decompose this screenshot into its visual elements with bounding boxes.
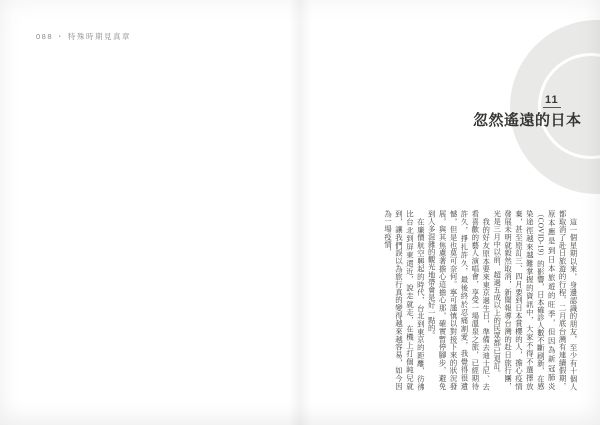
chapter-number: 11 [543,94,561,108]
running-header: 088・特殊時期見真章 [36,31,131,42]
left-page: 088・特殊時期見真章 日本忽然變得遙遠了，才體會到能夠「出發」和「回家」，原來… [0,0,300,425]
running-title: 特殊時期見真章 [68,32,131,41]
paragraph: 在廉價航空興起的時代，台北到東京的距離，彷彿比台北到屏東還近，說走就走，在機上打… [382,210,426,390]
right-page-body-text: 這一個星期以來，身邊認識的朋友，至少有十個人都取消了赴日旅遊的行程，二月底台灣有… [386,210,578,390]
chapter-title: 忽然遙遠的日本 [473,109,582,130]
paragraph: 這一個星期以來，身邊認識的朋友，至少有十個人都取消了赴日旅遊的行程，二月底台灣有… [491,210,578,390]
right-page: 11 忽然遙遠的日本 這一個星期以來，身邊認識的朋友，至少有十個人都取消了赴日旅… [300,0,600,425]
page-number: 088 [36,32,53,41]
paragraph: 我的好友原本要來東京過生日，準備去迪士尼、去看喜歡的藝人演唱會，享受一場溫泉之旅… [425,210,490,390]
book-spread: 088・特殊時期見真章 日本忽然變得遙遠了，才體會到能夠「出發」和「回家」，原來… [0,0,600,425]
header-separator: ・ [56,32,65,41]
